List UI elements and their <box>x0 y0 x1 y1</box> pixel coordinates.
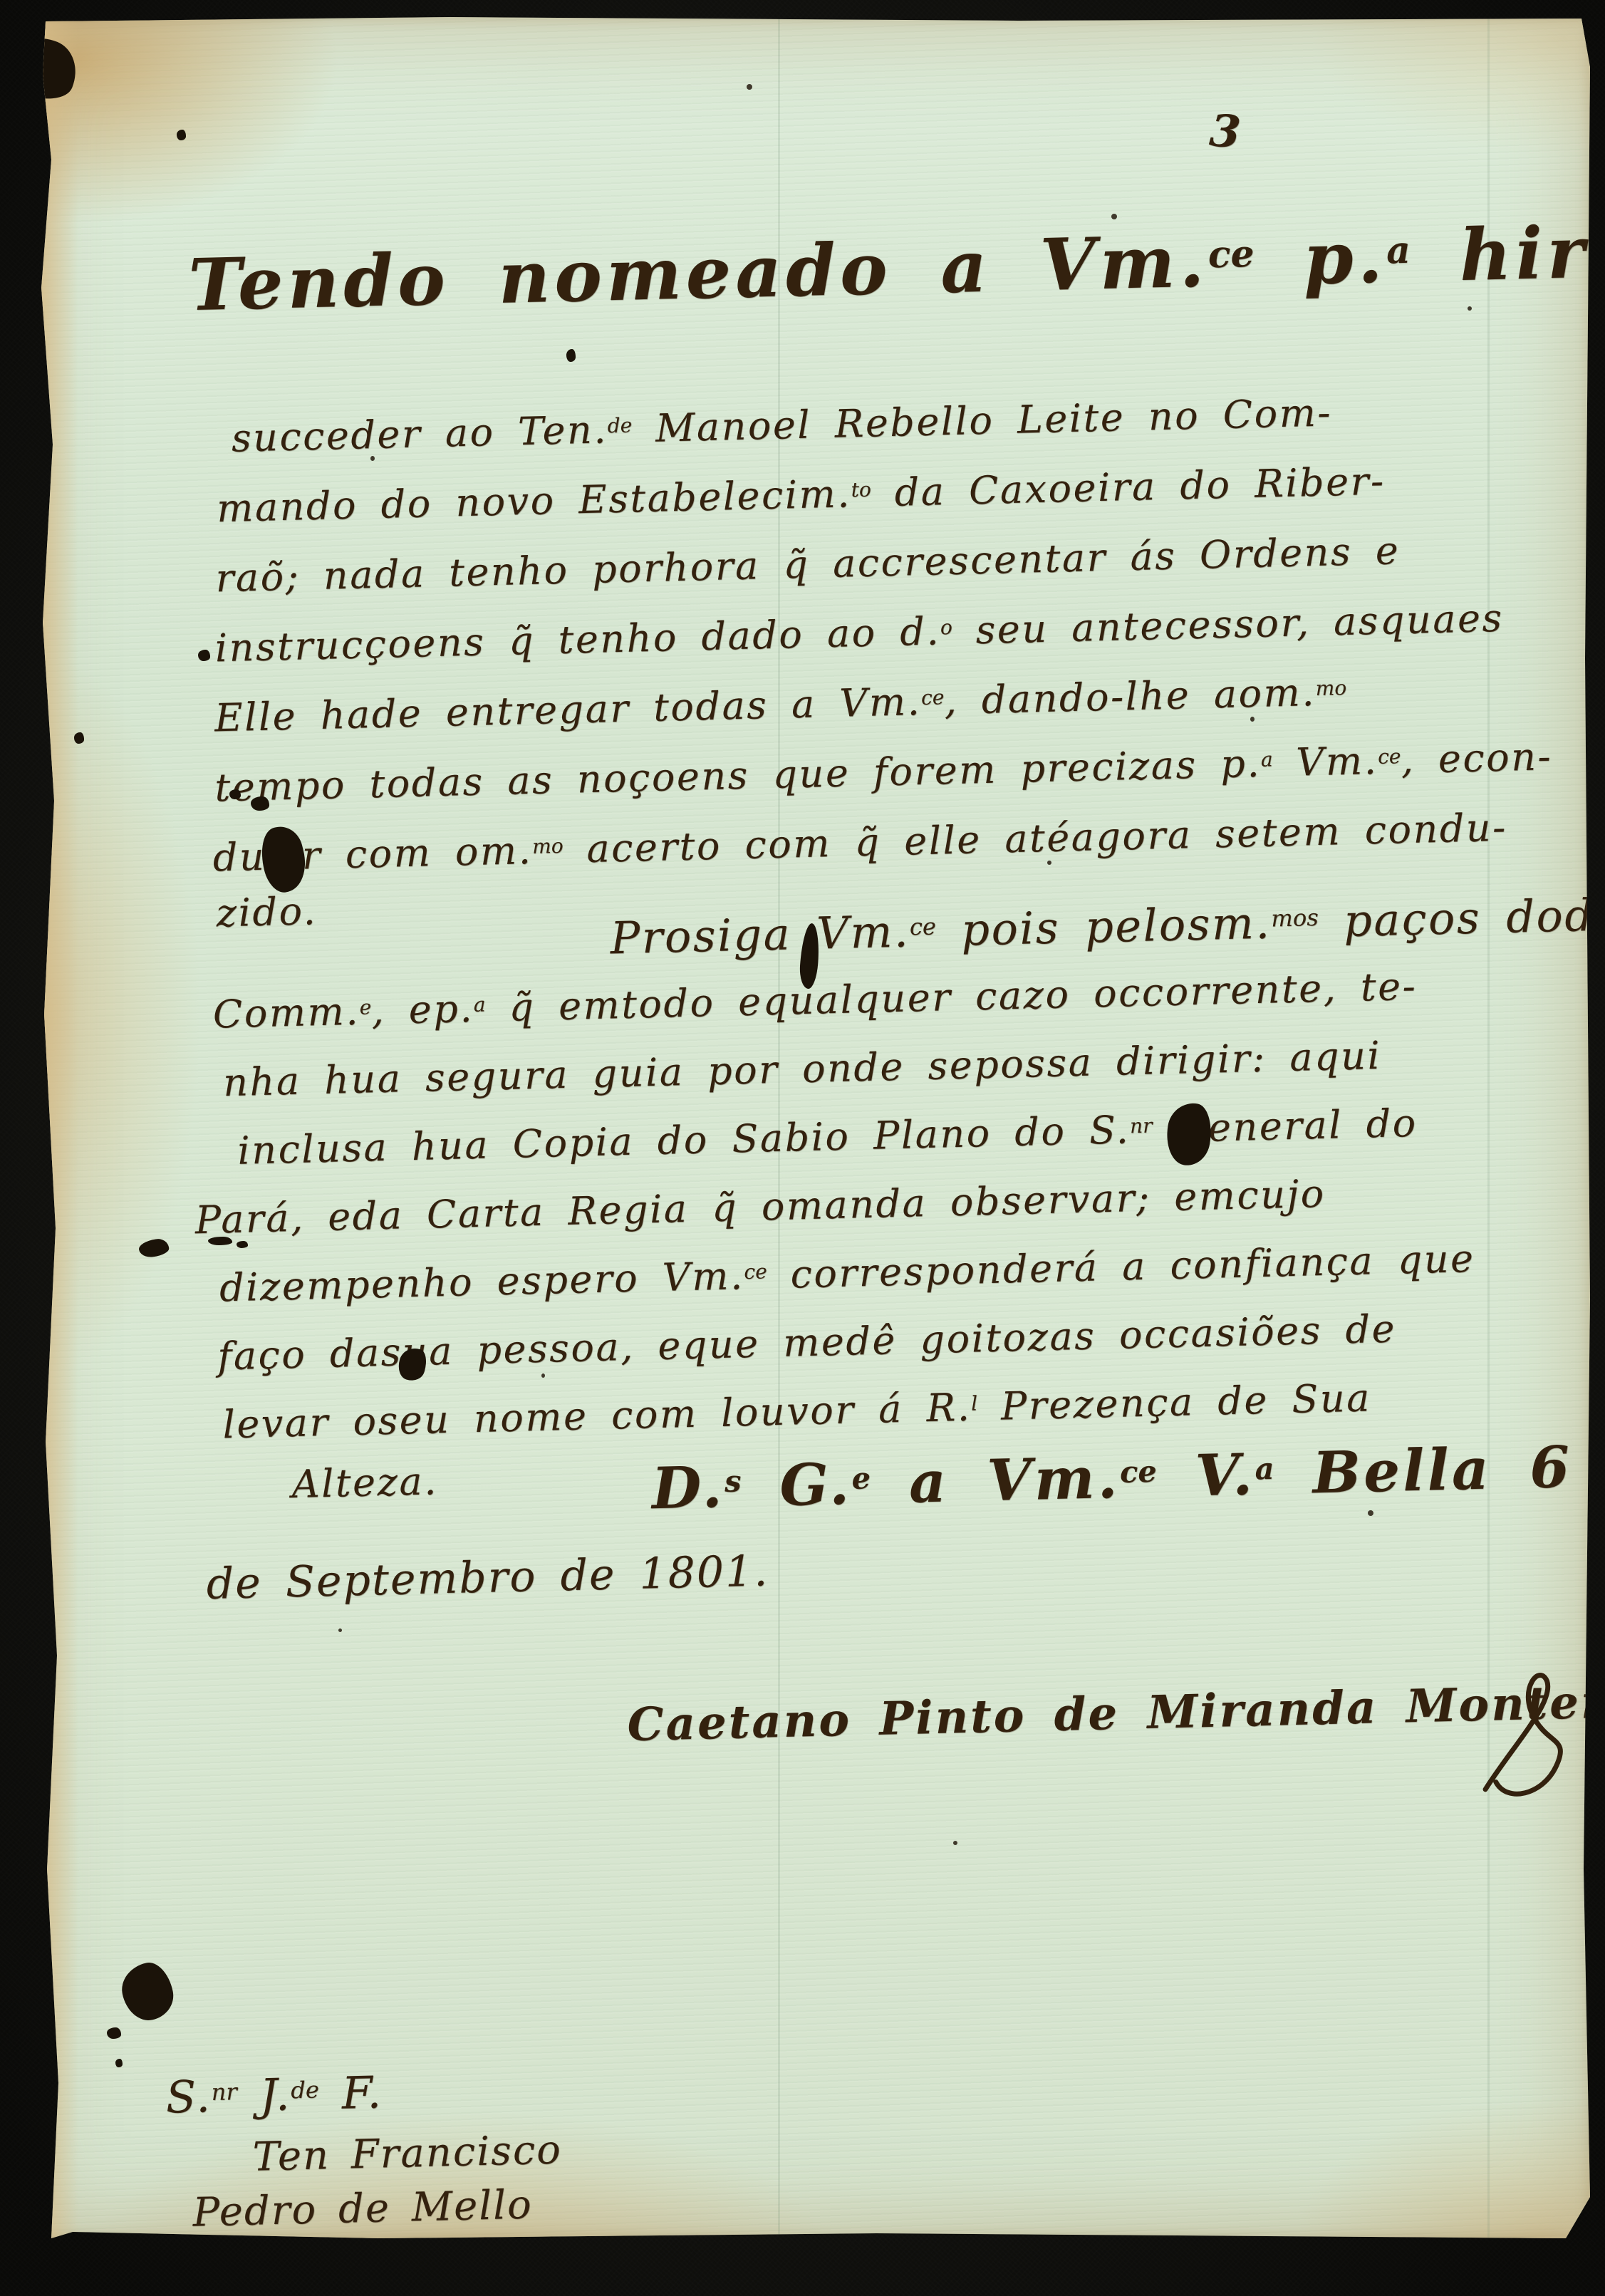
signature-flourish <box>1468 1659 1586 1812</box>
ink-speck <box>1468 306 1472 311</box>
ink-speck <box>1047 861 1051 865</box>
ink-blot <box>198 650 210 661</box>
body-line: duzir com om.mo acerto com q̃ elle atéag… <box>212 809 1507 878</box>
body-line: zido. <box>216 892 318 933</box>
ink-blot <box>237 1241 248 1248</box>
ink-speck <box>1368 1510 1373 1516</box>
ink-speck <box>747 84 752 90</box>
signature: Caetano Pinto de Miranda Montenegro <box>627 1676 1605 1748</box>
body-line: faço dasua pessoa, eque medê goitozas oc… <box>217 1310 1397 1376</box>
ink-blot <box>251 796 269 811</box>
ink-speck <box>338 1629 342 1632</box>
ink-speck <box>953 1841 957 1845</box>
address-line: Pedro de Mello <box>192 2185 533 2233</box>
ink-speck <box>1250 717 1255 722</box>
ink-blot <box>177 130 186 140</box>
photo-backdrop: { "photo": { "background_color": "#16161… <box>0 0 1605 2296</box>
ink-blot <box>115 2059 123 2067</box>
body-line: succeder ao Ten.de Manoel Rebello Leite … <box>231 393 1332 457</box>
manuscript-text-block: 3 Tendo nomeado a Vm.ce p.a hir succeder… <box>0 0 1605 2256</box>
folio-mark: 3 <box>1208 108 1242 155</box>
body-line: nha hua segura guia por onde sepossa dir… <box>223 1037 1382 1102</box>
ink-speck <box>370 456 375 461</box>
date-line: de Septembro de 1801. <box>206 1549 769 1606</box>
body-line: Alteza. <box>291 1462 438 1504</box>
body-line: mando do novo Estabelecim.to da Caxoeira… <box>217 462 1386 529</box>
ink-speck <box>1111 214 1117 219</box>
body-line: raõ; nada tenho porhora q̃ accrescentar … <box>215 531 1401 598</box>
address-line: Ten Francisco <box>252 2131 562 2178</box>
ink-blot <box>74 732 84 744</box>
paper: 3 Tendo nomeado a Vm.ce p.a hir succeder… <box>21 17 1590 2238</box>
body-line: inclusa hua Copia do Sabio Plano do S.nr… <box>237 1104 1418 1170</box>
address-line: S.nr J.de F. <box>165 2070 383 2119</box>
body-line: Elle hade entregar todas a Vm.ce, dando-… <box>214 672 1347 737</box>
ink-blot <box>107 2027 121 2039</box>
body-line: Pará, eda Carta Regia q̃ omanda observar… <box>194 1175 1326 1240</box>
body-line: instrucçoens q̃ tenho dado ao d.o seu an… <box>214 599 1504 668</box>
body-line: Prosiga Vm.ce pois pelosm.mos paços dod.… <box>610 893 1605 961</box>
letter-heading: Tendo nomeado a Vm.ce p.a hir <box>188 217 1590 321</box>
body-line: dizempenho espero Vm.ce corresponderá a … <box>219 1240 1475 1308</box>
ink-blot <box>208 1237 232 1245</box>
body-line: tempo todas as noçoens que forem preciza… <box>214 737 1553 807</box>
ink-blot <box>566 349 576 362</box>
ink-blot <box>229 789 241 799</box>
closing-line: D.s G.e a Vm.ce V.a Bella 6 <box>651 1438 1573 1517</box>
body-line: levar oseu nome com louvor á R.l Prezenç… <box>222 1378 1372 1444</box>
ink-speck <box>541 1373 545 1378</box>
